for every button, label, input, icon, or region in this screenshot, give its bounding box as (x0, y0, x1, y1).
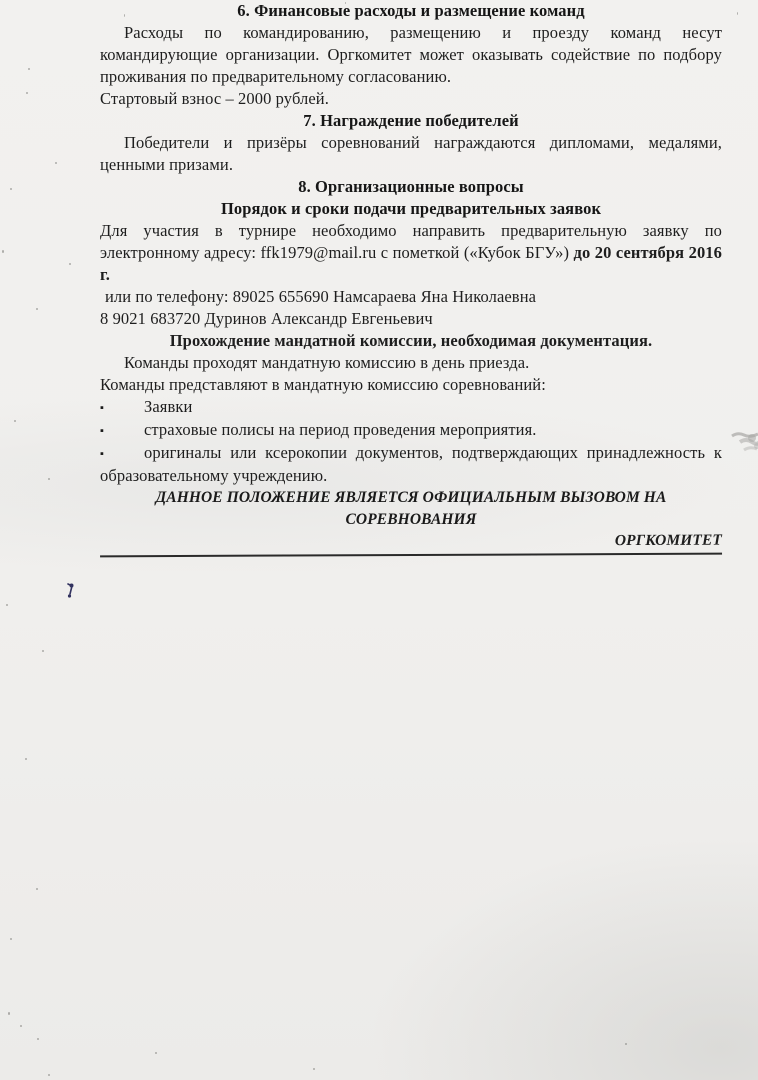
contact-phones: или по телефону: 89025 655690 Намсараева… (100, 286, 722, 330)
section-7-paragraph: Победители и призёры соревнований награж… (100, 132, 722, 176)
square-bullet-icon: ▪ (100, 397, 144, 419)
document-body: 6. Финансовые расходы и размещение коман… (100, 0, 722, 556)
square-bullet-icon: ▪ (100, 443, 144, 465)
section-8-heading-line-1: 8. Организационные вопросы (100, 176, 722, 198)
scanned-document-page: 6. Финансовые расходы и размещение коман… (0, 0, 758, 1080)
list-item-label: оригиналы или ксерокопии документов, под… (100, 443, 722, 485)
section-8-heading: 8. Организационные вопросы Порядок и сро… (100, 176, 722, 220)
list-item-label: Заявки (144, 397, 192, 416)
section-6-heading: 6. Финансовые расходы и размещение коман… (100, 0, 722, 22)
section-7-heading: 7. Награждение победителей (100, 110, 722, 132)
list-item: ▪страховые полисы на период проведения м… (100, 419, 722, 442)
phone-line-2: 8 9021 683720 Дуринов Александр Евгеньев… (100, 308, 722, 330)
mandate-line-1: Команды проходят мандатную комиссию в де… (100, 352, 722, 374)
list-item-label: страховые полисы на период проведения ме… (144, 420, 537, 439)
section-6-paragraph: Расходы по командированию, размещению и … (100, 22, 722, 88)
list-item: ▪Заявки (100, 396, 722, 419)
mandate-line-2: Команды представляют в мандатную комисси… (100, 374, 722, 396)
start-fee-line: Стартовый взнос – 2000 рублей. (100, 88, 722, 110)
mandate-commission-heading: Прохождение мандатной комиссии, необходи… (100, 330, 722, 352)
list-item: ▪оригиналы или ксерокопии документов, по… (100, 442, 722, 487)
orgcommittee-signature: ОРГКОМИТЕТ (100, 530, 722, 558)
gray-smudge-artifact (730, 426, 758, 466)
official-call-statement: ДАННОЕ ПОЛОЖЕНИЕ ЯВЛЯЕТСЯ ОФИЦИАЛЬНЫМ ВЫ… (100, 487, 722, 531)
phone-line-1: или по телефону: 89025 655690 Намсараева… (100, 286, 722, 308)
blue-ink-mark (64, 582, 76, 600)
application-paragraph: Для участия в турнире необходимо направи… (100, 220, 722, 286)
section-8-heading-line-2: Порядок и сроки подачи предварительных з… (100, 198, 722, 220)
square-bullet-icon: ▪ (100, 420, 144, 442)
